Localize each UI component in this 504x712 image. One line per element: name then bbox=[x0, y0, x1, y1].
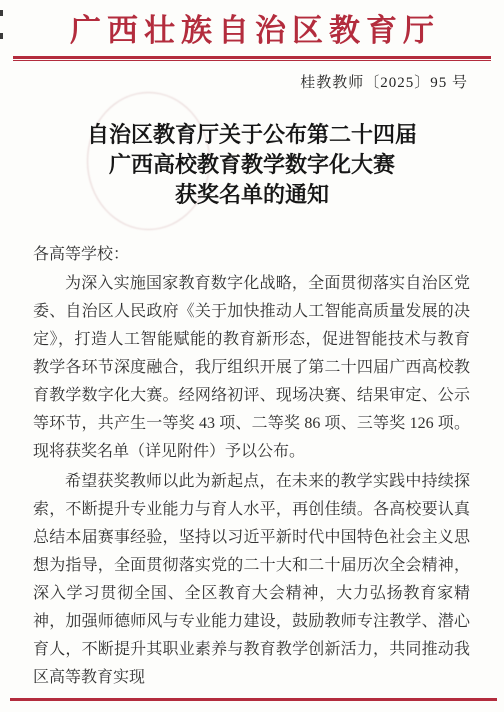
document-title-line-1: 自治区教育厅关于公布第二十四届 bbox=[34, 120, 470, 150]
footer-divider-rule bbox=[10, 698, 497, 701]
official-document-page: 广西壮族自治区教育厅 桂教教师〔2025〕95 号 自治区教育厅关于公布第二十四… bbox=[0, 0, 504, 712]
letterhead-agency-name: 广西壮族自治区教育厅 bbox=[10, 10, 494, 52]
document-number: 桂教教师〔2025〕95 号 bbox=[0, 73, 468, 94]
body-paragraph-2: 希望获奖教师以此为新起点，在未来的教学实践中持续探索，不断提升专业能力与育人水平… bbox=[33, 468, 470, 692]
document-title: 自治区教育厅关于公布第二十四届 广西高校教育教学数字化大赛 获奖名单的通知 bbox=[34, 120, 470, 210]
letterhead-divider-rule bbox=[13, 56, 491, 61]
document-title-line-3: 获奖名单的通知 bbox=[34, 180, 470, 210]
document-content: 广西壮族自治区教育厅 桂教教师〔2025〕95 号 自治区教育厅关于公布第二十四… bbox=[0, 10, 504, 692]
salutation: 各高等学校： bbox=[33, 242, 470, 268]
body-paragraph-1: 为深入实施国家教育数字化战略，全面贯彻落实自治区党委、自治区人民政府《关于加快推… bbox=[33, 270, 470, 466]
document-title-line-2: 广西高校教育教学数字化大赛 bbox=[34, 150, 470, 180]
